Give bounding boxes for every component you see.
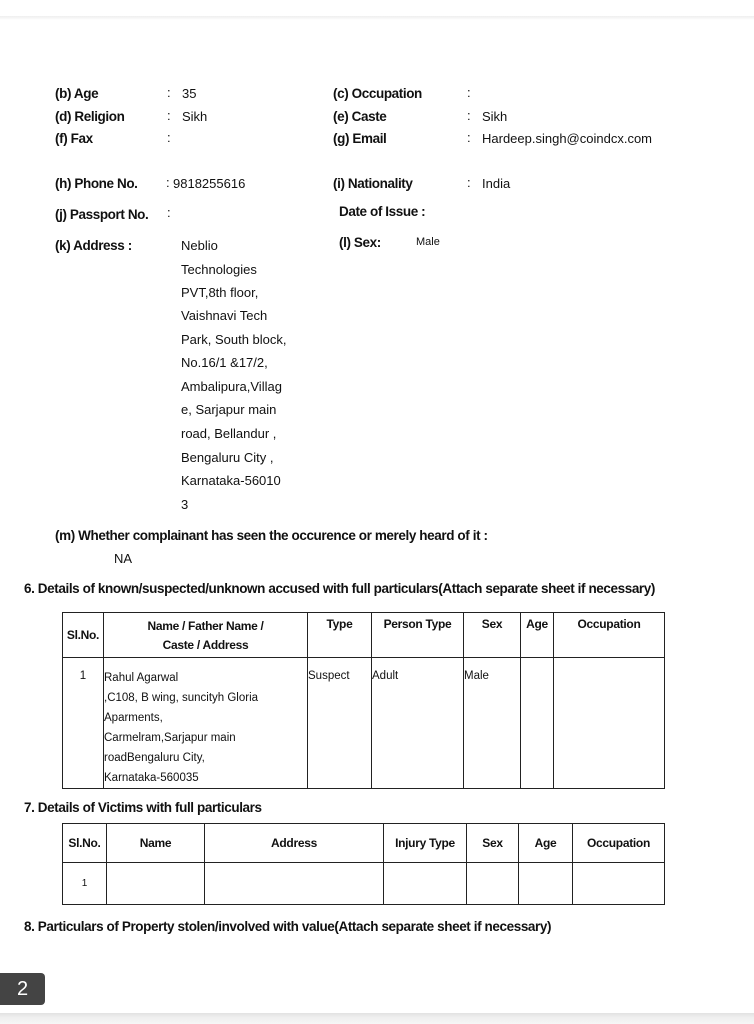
phone-colon: : [166,175,170,190]
witness-label: (m) Whether complainant has seen the occ… [55,528,488,543]
caste-colon: : [467,108,471,123]
address-line: e, Sarjapur main [181,402,276,417]
name-line: Karnataka-560035 [104,768,307,788]
nationality-colon: : [467,175,471,190]
cell-slno: 1 [63,863,107,905]
phone-value: 9818255616 [173,176,245,191]
header-age: Age [519,824,573,863]
cell-type: Suspect [308,658,372,789]
name-line: roadBengaluru City, [104,748,307,768]
page-top-edge [0,16,754,20]
section-7-title: 7. Details of Victims with full particul… [24,800,262,815]
header-address: Address [205,824,384,863]
header-occupation: Occupation [573,824,665,863]
address-line: No.16/1 &17/2, [181,355,268,370]
address-line: 3 [181,497,188,512]
cell-injury-type [384,863,467,905]
religion-label: (d) Religion [55,109,124,124]
address-line: PVT,8th floor, [181,285,258,300]
address-line: Technologies [181,262,257,277]
email-label: (g) Email [333,131,386,146]
address-line: Karnataka-56010 [181,473,281,488]
cell-age [521,658,554,789]
name-line: ,C108, B wing, suncityh Gloria [104,688,307,708]
address-line: Park, South block, [181,332,287,347]
header-person-type: Person Type [372,613,464,658]
caste-label: (e) Caste [333,109,386,124]
occupation-colon: : [467,85,471,100]
address-line: Bengaluru City , [181,450,274,465]
header-injury-type: Injury Type [384,824,467,863]
cell-name-address: Rahul Agarwal ,C108, B wing, suncityh Gl… [104,658,308,789]
cell-address [205,863,384,905]
cell-sex: Male [464,658,521,789]
accused-table-header: Sl.No. Name / Father Name / Caste / Addr… [63,613,665,658]
table-row: 1 Rahul Agarwal ,C108, B wing, suncityh … [63,658,665,789]
header-name-line: Caste / Address [104,636,307,655]
page-bottom-edge [0,1013,754,1024]
email-value: Hardeep.singh@coindcx.com [482,131,652,146]
header-age: Age [521,613,554,658]
cell-occupation [554,658,665,789]
name-line: Aparments, [104,708,307,728]
header-sex: Sex [464,613,521,658]
header-name: Name / Father Name / Caste / Address [104,613,308,658]
fax-colon: : [167,130,171,145]
header-slno: Sl.No. [63,824,107,863]
passport-colon: : [167,205,171,220]
fax-label: (f) Fax [55,131,93,146]
table-row: 1 [63,863,665,905]
occupation-label: (c) Occupation [333,86,422,101]
page-number-badge: 2 [0,973,45,1005]
address-line: Vaishnavi Tech [181,308,267,323]
victims-table-header: Sl.No. Name Address Injury Type Sex Age … [63,824,665,863]
section-6-title: 6. Details of known/suspected/unknown ac… [24,581,655,596]
sex-label: (l) Sex: [339,235,381,250]
sex-value: Male [416,236,440,248]
nationality-label: (i) Nationality [333,176,413,191]
header-slno: Sl.No. [63,613,104,658]
cell-name [107,863,205,905]
email-colon: : [467,130,471,145]
victims-table: Sl.No. Name Address Injury Type Sex Age … [62,823,665,905]
header-name-line: Name / Father Name / [104,617,307,636]
header-occupation: Occupation [554,613,665,658]
address-label: (k) Address : [55,238,132,253]
name-line: Rahul Agarwal [104,668,307,688]
cell-slno: 1 [63,658,104,789]
cell-age [519,863,573,905]
header-type: Type [308,613,372,658]
section-8-title: 8. Particulars of Property stolen/involv… [24,919,551,934]
cell-sex [467,863,519,905]
address-line: road, Bellandur , [181,426,276,441]
age-value: 35 [182,86,196,101]
cell-occupation [573,863,665,905]
accused-table: Sl.No. Name / Father Name / Caste / Addr… [62,612,665,789]
header-name: Name [107,824,205,863]
religion-value: Sikh [182,109,207,124]
name-line: Carmelram,Sarjapur main [104,728,307,748]
nationality-value: India [482,176,510,191]
passport-label: (j) Passport No. [55,207,148,222]
religion-colon: : [167,108,171,123]
cell-person-type: Adult [372,658,464,789]
date-of-issue-label: Date of Issue : [339,204,425,219]
address-line: Ambalipura,Villag [181,379,282,394]
age-label: (b) Age [55,86,98,101]
witness-value: NA [114,551,132,566]
phone-label: (h) Phone No. [55,176,138,191]
age-colon: : [167,85,171,100]
address-line: Neblio [181,238,218,253]
caste-value: Sikh [482,109,507,124]
header-sex: Sex [467,824,519,863]
